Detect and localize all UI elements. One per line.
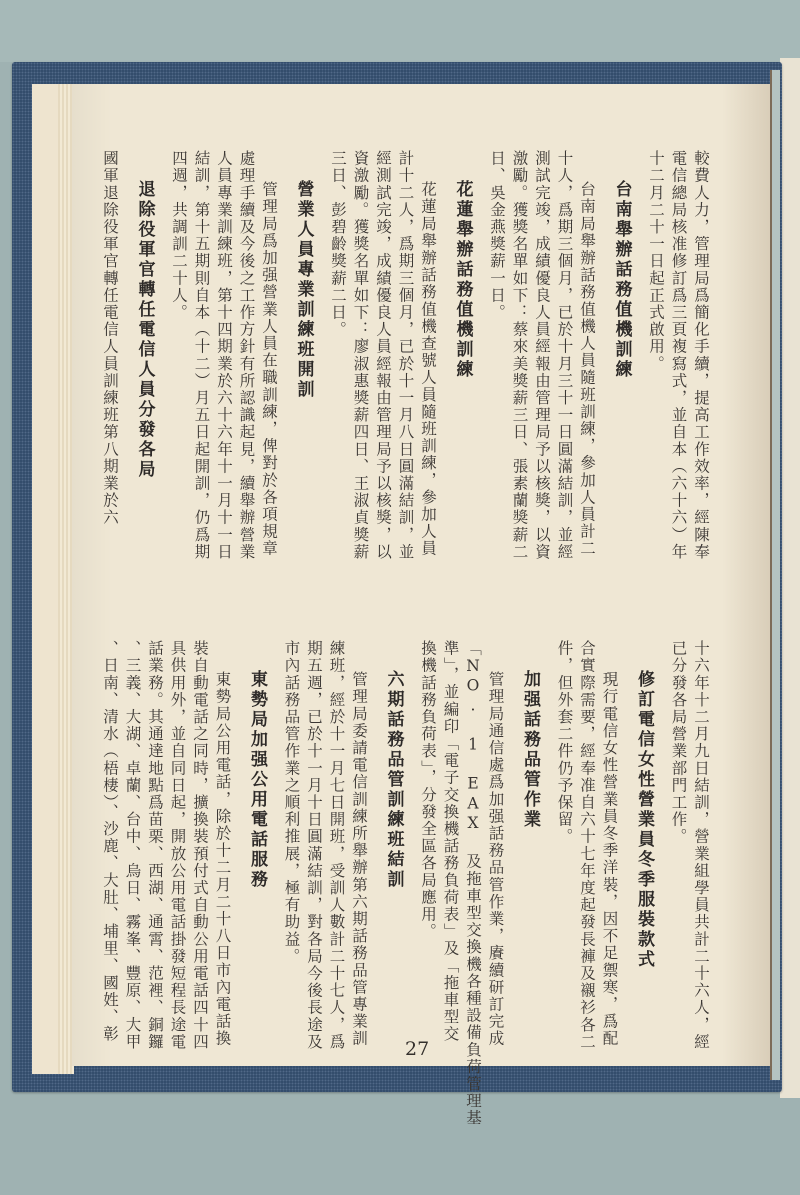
text-line: 十六年十二月九日結訓，營業組學員共計二十六人，經 bbox=[690, 640, 713, 1030]
text-line: 結訓，第十五期則自本（十二）月五日起開訓，仍爲期 bbox=[190, 150, 213, 590]
text-line: 準」，並編印「電子交換機話務負荷表」及「拖車型交 bbox=[439, 640, 462, 1030]
text-line: 裝自動電話之同時，擴換裝預付式自動公用電話四十四 bbox=[189, 640, 212, 1030]
text-line: 、三義、大湖、卓蘭、台中、烏日、霧峯、豐原、大甲 bbox=[121, 640, 144, 1030]
text-line: 日、吳金燕獎薪一日。 bbox=[486, 150, 509, 590]
text-line: 管理局爲加强營業人員在職訓練，俾對於各項規章 bbox=[258, 150, 281, 590]
section-heading-hualien: 花蓮舉辦話務值機訓練 bbox=[451, 150, 474, 590]
section-heading-tainan: 台南舉辦話務值機訓練 bbox=[610, 150, 633, 590]
section-heading-sixth-class: 六期話務品管訓練班結訓 bbox=[382, 640, 405, 1030]
adjacent-page-edge bbox=[780, 58, 800, 1098]
text-line: 期五週，已於十一月十日圓滿結訓，對各局今後長途及 bbox=[303, 640, 326, 1030]
book-gutter bbox=[770, 70, 780, 1080]
text-line: 四週，共調訓二十人。 bbox=[168, 150, 191, 590]
text-line: 件，但外套二件仍予保留。 bbox=[553, 640, 576, 1030]
lower-text-block: 十六年十二月九日結訓，營業組學員共計二十六人，經 已分發各局營業部門工作。 修訂… bbox=[99, 640, 713, 1030]
text-line: 經測試完竣，成績優良人員經報由管理局予以核獎，以 bbox=[372, 150, 395, 590]
section-heading-dongshi: 東勢局加强公用電話服務 bbox=[246, 640, 269, 1030]
text-line: 資激勵。獲獎名單如下：廖淑惠獎薪四日、王淑貞獎薪 bbox=[349, 150, 372, 590]
text-line: 十二月二十一日起正式啟用。 bbox=[645, 150, 668, 590]
section-heading-business-training: 營業人員專業訓練班開訓 bbox=[292, 150, 315, 590]
section-heading-uniform: 修訂電信女性營業員冬季服裝款式 bbox=[633, 640, 656, 1030]
text-line: 換機話務負荷表」，分發全區各局應用。 bbox=[417, 640, 440, 1030]
text-line: 市內話務品管作業之順利推展，極有助益。 bbox=[280, 640, 303, 1030]
text-line: 國軍退除役軍官轉任電信人員訓練班第八期業於六 bbox=[99, 150, 122, 590]
text-line: 激勵。獲獎名單如下：蔡來美獎薪三日、張素蘭獎薪二 bbox=[508, 150, 531, 590]
upper-text-block: 較費人力，管理局爲簡化手續，提高工作效率，經陳奉 電信總局核准修訂爲三頁複寫式，… bbox=[99, 150, 713, 590]
text-line: 已分發各局營業部門工作。 bbox=[667, 640, 690, 1030]
text-line: 練班，經於十一月七日開班，受訓人數計二十七人，爲 bbox=[325, 640, 348, 1030]
text-line: 合實際需要，經奉准自六十七年度起發長褲及襯衫各二 bbox=[576, 640, 599, 1030]
text-line: 管理局委請電信訓練所舉辦第六期話務品管專業訓 bbox=[348, 640, 371, 1030]
text-line: 十人，爲期三個月，已於十月三十一日圓滿結訓，並經 bbox=[553, 150, 576, 590]
text-line: 、日南、清水（梧棲）、沙鹿、大肚、埔里、國姓、彰 bbox=[99, 640, 122, 1030]
page-number: 27 bbox=[405, 1038, 429, 1060]
text-line: 花蓮局舉辦話務值機查號人員隨班訓練，參加人員 bbox=[417, 150, 440, 590]
background-top bbox=[0, 0, 800, 62]
text-line: 較費人力，管理局爲簡化手續，提高工作效率，經陳奉 bbox=[690, 150, 713, 590]
text-line: 「NO. 1 EAX 及拖車型交換機各種設備負荷管理基 bbox=[462, 640, 485, 1030]
text-line: 測試完竣，成績優良人員經報由管理局予以核獎，以資 bbox=[531, 150, 554, 590]
text-line: 電信總局核准修訂爲三頁複寫式，並自本（六十六）年 bbox=[667, 150, 690, 590]
section-heading-traffic-mgmt: 加强話務品管作業 bbox=[519, 640, 542, 1030]
text-line: 計十二人，爲期三個月，已於十一月八日圓滿結訓，並 bbox=[394, 150, 417, 590]
text-line: 具供用外，並自同日起，開放公用電話掛發短程長途電 bbox=[166, 640, 189, 1030]
text-line: 人員專業訓練班，第十四期業於六十六年十一月十一日 bbox=[213, 150, 236, 590]
section-heading-veterans: 退除役軍官轉任電信人員分發各局 bbox=[133, 150, 156, 590]
text-line: 三日、彭碧齡獎薪二日。 bbox=[327, 150, 350, 590]
text-line: 處理手續及今後之工作方針有所認識起見，續舉辦營業 bbox=[235, 150, 258, 590]
text-line: 管理局通信處爲加强話務品管作業，賡續研訂完成 bbox=[484, 640, 507, 1030]
text-line: 現行電信女性營業員冬季洋裝，因不足禦寒，爲配 bbox=[598, 640, 621, 1030]
text-line: 台南局舉辦話務值機人員隨班訓練，參加人員計二 bbox=[576, 150, 599, 590]
text-line: 話業務。其通達地點爲苗栗、西湖、通霄、范裡、銅鑼 bbox=[144, 640, 167, 1030]
text-line: 東勢局公用電話，除於十二月二十八日市內電話換 bbox=[211, 640, 234, 1030]
